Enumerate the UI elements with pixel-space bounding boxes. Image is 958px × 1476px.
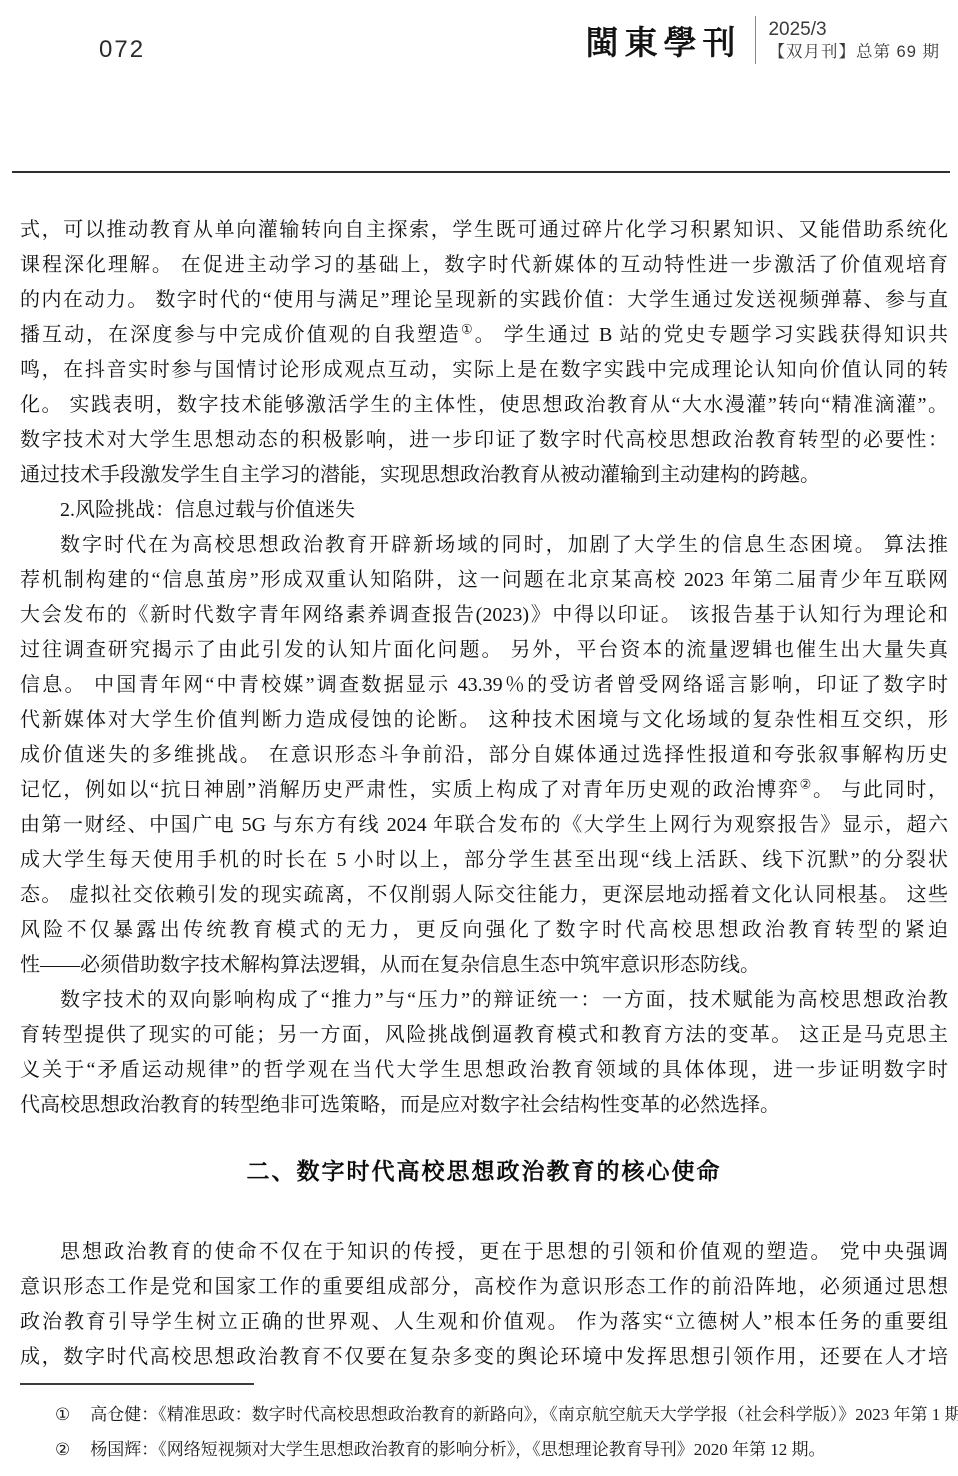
body-line: 义关于“矛盾运动规律”的哲学观在当代大学生思想政治教育领域的具体体现，进一步证明… [20, 1053, 948, 1088]
paragraph: 数字时代在为高校思想政治教育开辟新场域的同时，加剧了大学生的信息生态困境。 算法… [20, 528, 948, 983]
footnote-ref: ② [800, 776, 813, 791]
body-line: 政治教育引导学生树立正确的世界观、人生观和价值观。 作为落实“立德树人”根本任务… [20, 1305, 948, 1340]
paragraph: 数字技术的双向影响构成了“推力”与“压力”的辩证统一：一方面，技术赋能为高校思想… [20, 983, 948, 1123]
body-line: 的内在动力。 数字时代的“使用与满足”理论呈现新的实践价值：大学生通过发送视频弹… [20, 283, 948, 318]
body-line: 成大学生每天使用手机的时长在 5 小时以上，部分学生甚至出现“线上活跃、线下沉默… [20, 843, 948, 878]
body-line: 荐机制构建的“信息茧房”形成双重认知陷阱，这一问题在北京某高校 2023 年第二… [20, 563, 948, 598]
page-number: 072 [99, 36, 145, 64]
issue-date: 2025/3 [768, 18, 940, 42]
paragraph: 式，可以推动教育从单向灌输转向自主探索，学生既可通过碎片化学习积累知识、又能借助… [20, 213, 948, 493]
footnote-item: ①高仓健：《精准思政：数字时代高校思想政治教育的新路向》，《南京航空航天大学学报… [20, 1397, 948, 1432]
body-line: 态。 虚拟社交依赖引发的现实疏离，不仅削弱人际交往能力，更深层地动摇着文化认同根… [20, 878, 948, 913]
article-body: 式，可以推动教育从单向灌输转向自主探索，学生既可通过碎片化学习积累知识、又能借助… [20, 213, 948, 1375]
masthead: 閩東學刊 2025/3 【双月刊】总第 69 期 [585, 16, 940, 64]
page-footer: ①高仓健：《精准思政：数字时代高校思想政治教育的新路向》，《南京航空航天大学学报… [20, 1377, 948, 1467]
footnote-marker: ① [55, 1397, 70, 1432]
body-line: 由第一财经、中国广电 5G 与东方有线 2024 年联合发布的《大学生上网行为观… [20, 808, 948, 843]
body-line: 数字技术的双向影响构成了“推力”与“压力”的辩证统一：一方面，技术赋能为高校思想… [20, 983, 948, 1018]
paragraph: 思想政治教育的使命不仅在于知识的传授，更在于思想的引领和价值观的塑造。 党中央强… [20, 1235, 948, 1375]
body-line: 通过技术手段激发学生自主学习的潜能，实现思想政治教育从被动灌输到主动建构的跨越。 [20, 458, 948, 493]
body-line: 思想政治教育的使命不仅在于知识的传授，更在于思想的引领和价值观的塑造。 党中央强… [20, 1235, 948, 1270]
body-line: 2.风险挑战：信息过载与价值迷失 [20, 493, 948, 528]
paragraph: 2.风险挑战：信息过载与价值迷失 [20, 493, 948, 528]
body-line: 成价值迷失的多维挑战。 在意识形态斗争前沿，部分自媒体通过选择性报道和夸张叙事解… [20, 738, 948, 773]
issue-info: 2025/3 【双月刊】总第 69 期 [768, 18, 940, 62]
body-line: 信息。 中国青年网“中青校媒”调查数据显示 43.39％的受访者曾受网络谣言影响… [20, 668, 948, 703]
body-line: 课程深化理解。 在促进主动学习的基础上，数字时代新媒体的互动特性进一步激活了价值… [20, 248, 948, 283]
body-line: 过往调查研究揭示了由此引发的认知片面化问题。 另外，平台资本的流量逻辑也催生出大… [20, 633, 948, 668]
footnote-text: 杨国辉：《网络短视频对大学生思想政治教育的影响分析》，《思想理论教育导刊》202… [90, 1432, 825, 1467]
body-line: 风险不仅暴露出传统教育模式的无力，更反向强化了数字时代高校思想政治教育转型的紧迫 [20, 913, 948, 948]
header-rule [12, 171, 950, 173]
journal-page: { "header": { "page_number": "072", "jou… [0, 0, 958, 1476]
section-heading: 二、数字时代高校思想政治教育的核心使命 [20, 1151, 948, 1191]
body-line: 意识形态工作是党和国家工作的重要组成部分，高校作为意识形态工作的前沿阵地，必须通… [20, 1270, 948, 1305]
footnote-divider [20, 1383, 254, 1385]
footnote-ref: ① [461, 321, 475, 336]
masthead-divider [755, 16, 756, 64]
body-line: 记忆，例如以“抗日神剧”消解历史严肃性，实质上构成了对青年历史观的政治博弈②。 … [20, 773, 948, 808]
body-line: 式，可以推动教育从单向灌输转向自主探索，学生既可通过碎片化学习积累知识、又能借助… [20, 213, 948, 248]
body-line: 化。 实践表明，数字技术能够激活学生的主体性，使思想政治教育从“大水漫灌”转向“… [20, 388, 948, 423]
footnote-marker: ② [55, 1432, 70, 1467]
body-line: 代新媒体对大学生价值判断力造成侵蚀的论断。 这种技术困境与文化场域的复杂性相互交… [20, 703, 948, 738]
body-line: 数字技术对大学生思想动态的积极影响，进一步印证了数字时代高校思想政治教育转型的必… [20, 423, 948, 458]
body-line: 性——必须借助数字技术解构算法逻辑，从而在复杂信息生态中筑牢意识形态防线。 [20, 948, 948, 983]
body-line: 数字时代在为高校思想政治教育开辟新场域的同时，加剧了大学生的信息生态困境。 算法… [20, 528, 948, 563]
body-line: 成，数字时代高校思想政治教育不仅要在复杂多变的舆论环境中发挥思想引领作用，还要在… [20, 1340, 948, 1375]
issue-volume: 【双月刊】总第 69 期 [768, 42, 940, 63]
journal-logo: 閩東學刊 [585, 17, 741, 64]
body-line: 育转型提供了现实的可能；另一方面，风险挑战倒逼教育模式和教育方法的变革。 这正是… [20, 1018, 948, 1053]
body-line: 大会发布的《新时代数字青年网络素养调查报告(2023)》中得以印证。 该报告基于… [20, 598, 948, 633]
body-line: 播互动，在深度参与中完成价值观的自我塑造①。 学生通过 B 站的党史专题学习实践… [20, 318, 948, 353]
footnote-list: ①高仓健：《精准思政：数字时代高校思想政治教育的新路向》，《南京航空航天大学学报… [20, 1397, 948, 1467]
body-line: 代高校思想政治教育的转型绝非可选策略，而是应对数字社会结构性变革的必然选择。 [20, 1088, 948, 1123]
footnote-text: 高仓健：《精准思政：数字时代高校思想政治教育的新路向》，《南京航空航天大学学报（… [90, 1397, 958, 1432]
body-line: 鸣，在抖音实时参与国情讨论形成观点互动，实际上是在数字实践中完成理论认知向价值认… [20, 353, 948, 388]
footnote-item: ②杨国辉：《网络短视频对大学生思想政治教育的影响分析》，《思想理论教育导刊》20… [20, 1432, 948, 1467]
